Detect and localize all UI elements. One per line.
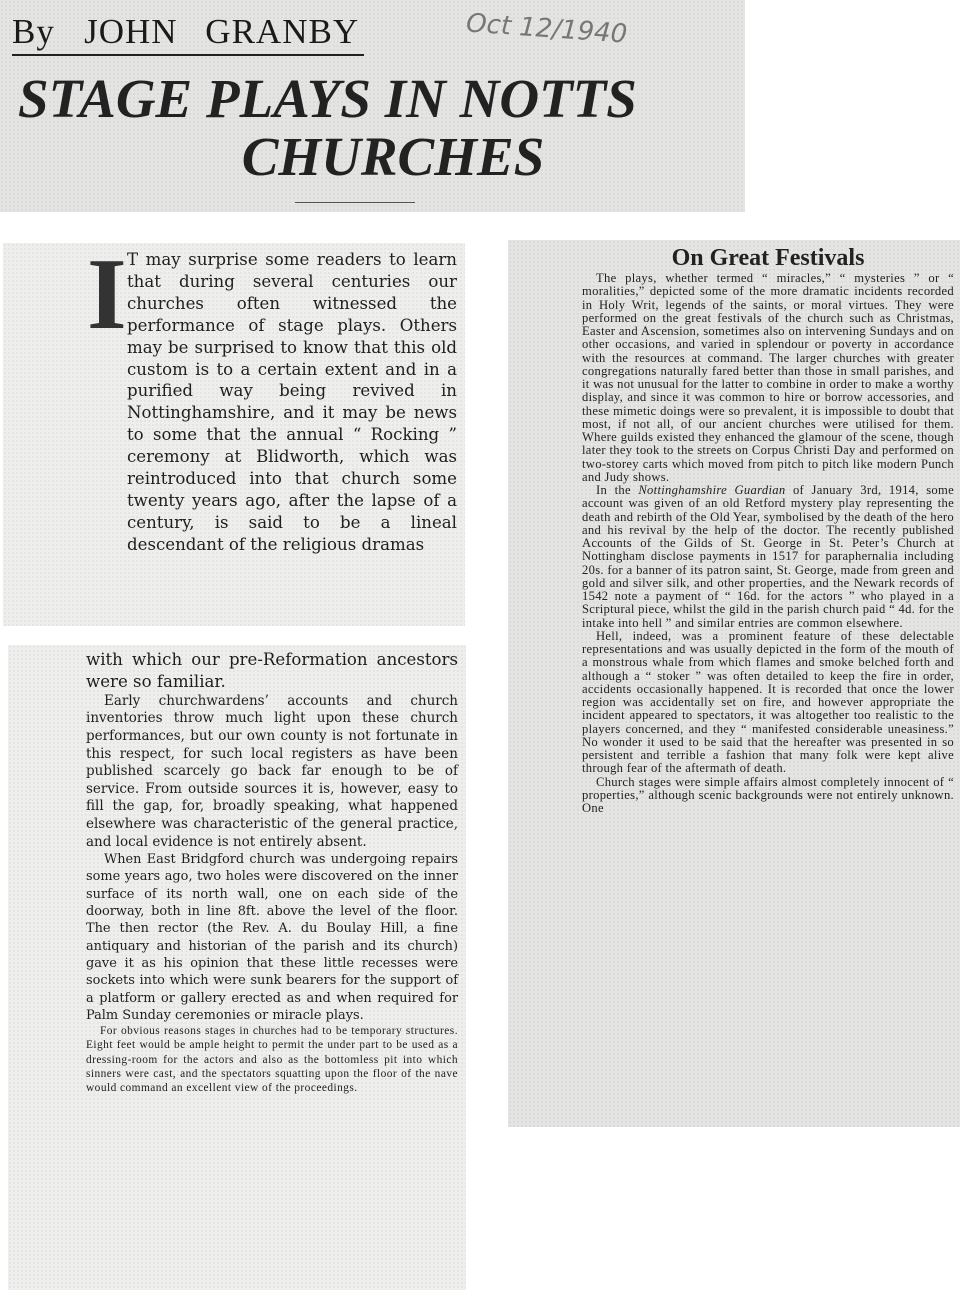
byline-author: JOHN GRANBY — [84, 12, 359, 51]
byline: By JOHN GRANBY — [12, 12, 364, 56]
paragraph-festivals: The plays, whether termed “ miracles,” “… — [582, 272, 954, 484]
paragraph-church-stages: Church stages were simple affairs almost… — [582, 776, 954, 816]
lead-paragraph: T may surprise some readers to learn tha… — [87, 249, 457, 556]
lead-paragraph-text: T may surprise some readers to learn tha… — [87, 249, 457, 556]
headline-rule — [295, 202, 415, 203]
drop-cap: I — [87, 250, 127, 340]
paragraph-temporary-stages: For obvious reasons stages in churches h… — [86, 1024, 458, 1095]
paragraph-guardian: In the Nottinghamshire Guardian of Janua… — [582, 484, 954, 630]
paragraph-hell: Hell, indeed, was a prominent feature of… — [582, 630, 954, 776]
left-column-clipping-bottom: with which our pre-Reformation ancestors… — [8, 645, 466, 1290]
headline-clipping: By JOHN GRANBY Oct 12/1940 STAGE PLAYS I… — [0, 0, 745, 212]
paragraph-churchwardens: Early churchwardens’ accounts and church… — [86, 693, 458, 851]
paragraph-east-bridgford: When East Bridgford church was undergoin… — [86, 851, 458, 1024]
headline-line-2: CHURCHES — [18, 128, 738, 186]
right-column-clipping: On Great Festivals The plays, whether te… — [508, 240, 960, 1127]
paragraph-guardian-prefix: In the — [596, 483, 638, 497]
headline: STAGE PLAYS IN NOTTS CHURCHES — [18, 70, 738, 186]
paragraph-guardian-rest: of January 3rd, 1914, some account was g… — [582, 483, 954, 630]
handwritten-date: Oct 12/1940 — [465, 8, 628, 49]
lead-paragraph-continued: with which our pre-Reformation ancestors… — [86, 649, 458, 693]
subheading: On Great Festivals — [582, 244, 954, 272]
headline-line-1: STAGE PLAYS IN NOTTS — [18, 70, 738, 128]
byline-by: By — [12, 12, 55, 51]
left-column-clipping-top: T may surprise some readers to learn tha… — [3, 243, 465, 626]
publication-title: Nottinghamshire Guardian — [638, 483, 785, 497]
